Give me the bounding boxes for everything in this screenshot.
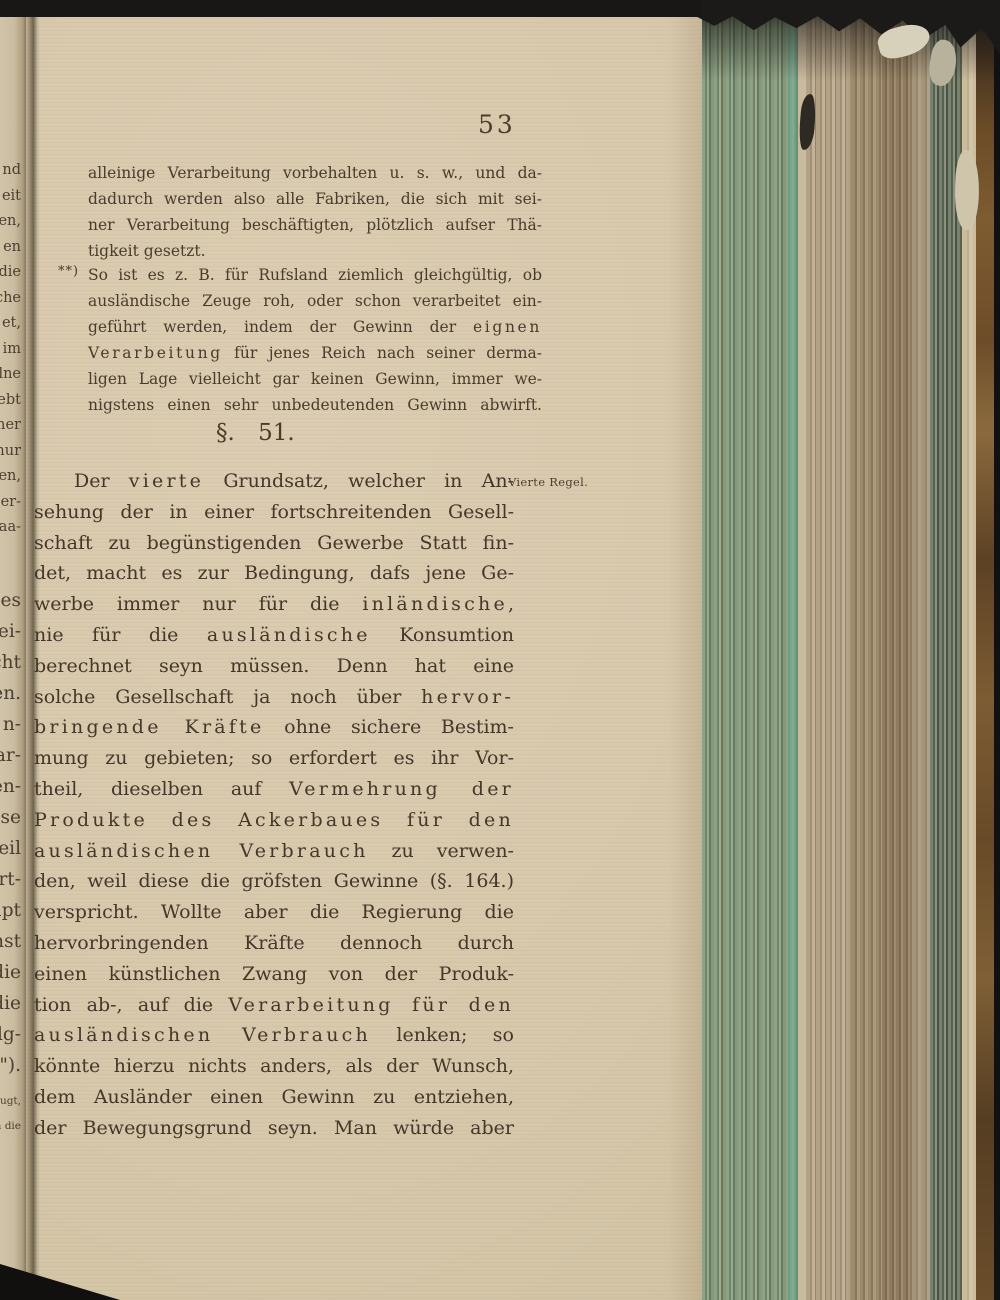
cutoff-text-fragment: et, [2, 315, 21, 331]
text-line: dem Ausländer einen Gewinn zu entziehen, [34, 1082, 514, 1113]
text-line: schaft zu begünstigenden Gewerbe Statt f… [34, 528, 514, 559]
cutoff-text-fragment: en, [0, 213, 21, 229]
body-text: Der vierte Grundsatz, welcher in An-sehu… [34, 466, 514, 1144]
cutoff-text-fragment: en, [0, 468, 21, 484]
cutoff-text-fragment: cht [0, 652, 21, 673]
text-line: alleinige Verarbeitung vorbehalten u. s.… [88, 160, 542, 186]
cutoff-text-fragment: hst [0, 931, 21, 952]
cutoff-text-fragment: en- [0, 776, 21, 797]
cutoff-text-fragment: upt [0, 900, 21, 921]
text-line: det, macht es zur Bedingung, dafs jene G… [34, 558, 514, 589]
page-number: 53 [478, 110, 516, 139]
text-line: ligen Lage vielleicht gar keinen Gewinn,… [88, 366, 542, 392]
text-line: tigkeit gesetzt. [88, 238, 542, 264]
cutoff-text-fragment: eil [0, 838, 21, 859]
text-line: könnte hierzu nichts anders, als der Wun… [34, 1051, 514, 1082]
text-line: bringende Kräfte ohne sichere Bestim- [34, 712, 514, 743]
cutoff-text-fragment: che [0, 290, 21, 306]
text-line: sehung der in einer fortschreitenden Ges… [34, 497, 514, 528]
fore-edge-brown-band [882, 0, 912, 1300]
text-line: ausländische Zeuge roh, oder schon verar… [88, 288, 542, 314]
cutoff-text-fragment: n- [3, 714, 21, 735]
text-line: Verarbeitung für jenes Reich nach seiner… [88, 340, 542, 366]
cover-dark-edge [994, 0, 1000, 1300]
text-line: ausländischen Verbrauch lenken; so [34, 1020, 514, 1051]
text-line: dadurch werden also alle Fabriken, die s… [88, 186, 542, 212]
text-line: nie für die ausländische Konsumtion [34, 620, 514, 651]
footnote-2: **) So ist es z. B. für Rufsland ziemlic… [88, 262, 542, 418]
cutoff-text-fragment: lg- [0, 1024, 21, 1045]
text-line: berechnet seyn müssen. Denn hat eine [34, 651, 514, 682]
text-line: der Bewegungsgrund seyn. Man würde aber [34, 1113, 514, 1144]
text-line: So ist es z. B. für Rufsland ziemlich gl… [88, 262, 542, 288]
cutoff-text-fragment: "). [0, 1055, 21, 1076]
cutoff-text-fragment: se [1, 807, 21, 828]
cutoff-text-fragment: aa- [0, 519, 21, 535]
text-line: Der vierte Grundsatz, welcher in An- [34, 466, 514, 497]
cutoff-text-fragment: ebt [0, 392, 21, 408]
fore-edge-tan-band-3 [912, 0, 930, 1300]
fore-edge-tan-band [806, 0, 852, 1300]
text-line: Produkte des Ackerbaues für den [34, 805, 514, 836]
fore-edge-tan-band-2 [852, 0, 882, 1300]
text-line: werbe immer nur für die inländische, [34, 589, 514, 620]
cutoff-text-fragment: es [1, 590, 21, 611]
section-heading: §. 51. [216, 420, 295, 446]
text-line: hervorbringenden Kräfte dennoch durch [34, 928, 514, 959]
cutoff-text-fragment: ei- [0, 621, 21, 642]
cutoff-text-fragment: nur [0, 443, 21, 459]
text-line: tion ab-, auf die Verarbeitung für den [34, 990, 514, 1021]
footnote-marker: **) [58, 264, 79, 279]
text-line: einen künstlichen Zwang von der Produk- [34, 959, 514, 990]
cutoff-text-fragment: er- [1, 494, 21, 510]
cutoff-text-fragment: die [0, 962, 21, 983]
cutoff-text-fragment: n die [0, 1120, 21, 1132]
cutoff-text-fragment: die [0, 993, 21, 1014]
text-line: den, weil diese die gröfsten Gewinne (§.… [34, 866, 514, 897]
text-line: verspricht. Wollte aber die Regierung di… [34, 897, 514, 928]
fore-edge-green-band [702, 0, 788, 1300]
cutoff-text-fragment: nd [2, 162, 21, 178]
margin-note: Vierte Regel. [508, 475, 623, 489]
cutoff-text-fragment: lne [0, 366, 21, 382]
cutoff-text-fragment: die [0, 264, 21, 280]
cutoff-text-fragment: ort- [0, 869, 21, 890]
cutoff-text-fragment: ner [0, 417, 21, 433]
book-scan: ndeiten,endiecheet,imlneebtnernuren,er-a… [0, 0, 1000, 1300]
cutoff-text-fragment: eugt, [0, 1095, 21, 1107]
text-line: nigstens einen sehr unbedeutenden Gewinn… [88, 392, 542, 418]
text-line: ner Verarbeitung beschäftigten, plötzlic… [88, 212, 542, 238]
cutoff-text-fragment: im [3, 341, 21, 357]
text-line: mung zu gebieten; so erfordert es ihr Vo… [34, 743, 514, 774]
fore-edge-teal-stripe [788, 0, 798, 1300]
text-line: solche Gesellschaft ja noch über hervor- [34, 682, 514, 713]
cutoff-text-fragment: ar- [0, 745, 21, 766]
cutoff-text-fragment: eit [2, 188, 21, 204]
top-dark-background [0, 0, 702, 17]
book-page: 53 alleinige Verarbeitung vorbehalten u.… [26, 14, 702, 1300]
fore-edge-cream-stripe [798, 0, 806, 1300]
text-line: ausländischen Verbrauch zu verwen- [34, 836, 514, 867]
text-line: theil, dieselben auf Vermehrung der [34, 774, 514, 805]
facing-page-edge: ndeiten,endiecheet,imlneebtnernuren,er-a… [0, 14, 26, 1300]
footnote-continuation: alleinige Verarbeitung vorbehalten u. s.… [88, 160, 542, 264]
cutoff-text-fragment: en. [0, 683, 21, 704]
gutter-shadow [24, 14, 40, 1300]
cutoff-text-fragment: en [3, 239, 21, 255]
text-line: geführt werden, indem der Gewinn der eig… [88, 314, 542, 340]
